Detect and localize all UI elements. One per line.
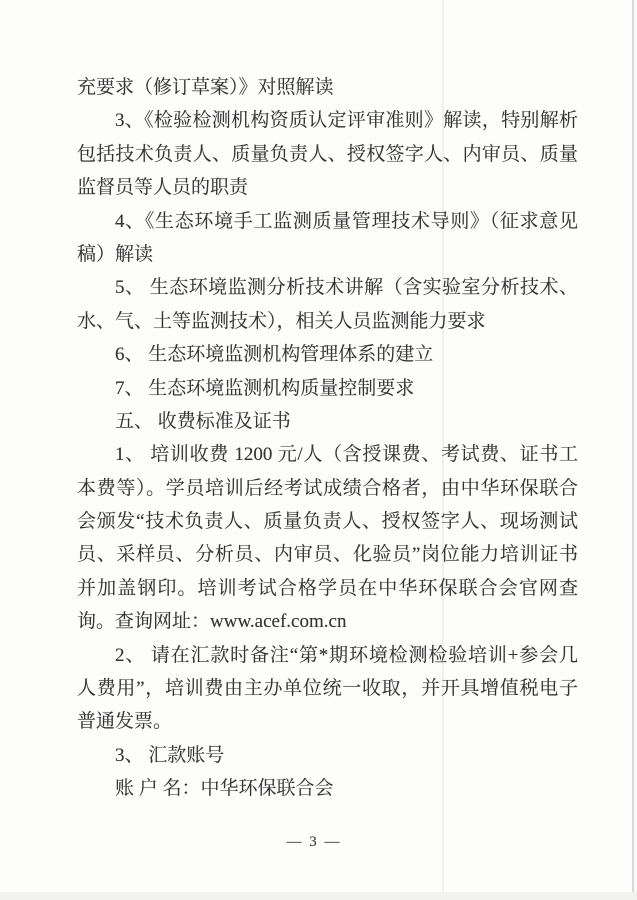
section-heading-fees: 五、 收费标准及证书	[77, 405, 578, 438]
scanned-document-page: 充要求（修订草案）》对照解读 3、《检验检测机构资质认定评审准则》解读，特别解析…	[0, 0, 637, 900]
doc-line: 包括技术负责人、质量负责人、授权签字人、内审员、质量	[77, 138, 578, 171]
doc-line-item-5: 5、 生态环境监测分析技术讲解（含实验室分析技术、	[77, 271, 578, 304]
doc-line-remit-note: 2、 请在汇款时备注“第*期环境检测检验培训+参会几	[77, 639, 578, 672]
doc-line: 普通发票。	[77, 705, 578, 738]
doc-line-fee-amount: 1、 培训收费 1200 元/人（含授课费、考试费、证书工	[77, 438, 578, 471]
doc-line-item-6: 6、 生态环境监测机构管理体系的建立	[77, 338, 578, 371]
scan-bottom-shadow	[0, 892, 637, 900]
page-number: — 3 —	[0, 834, 628, 851]
scan-edge-line	[632, 0, 634, 894]
doc-line: 人费用”，培训费由主办单位统一收取，并开具增值税电子	[77, 672, 578, 705]
doc-line: 水、气、土等监测技术），相关人员监测能力要求	[77, 305, 578, 338]
document-body: 充要求（修订草案）》对照解读 3、《检验检测机构资质认定评审准则》解读，特别解析…	[77, 71, 578, 806]
doc-line: 本费等）。学员培训后经考试成绩合格者，由中华环保联合	[77, 472, 578, 505]
doc-line: 稿）解读	[77, 238, 578, 271]
doc-line-query-url: 询。查询网址：www.acef.com.cn	[77, 605, 578, 638]
doc-line: 会颁发“技术负责人、质量负责人、授权签字人、现场测试	[77, 505, 578, 538]
doc-line-item-3: 3、《检验检测机构资质认定评审准则》解读，特别解析	[77, 104, 578, 137]
doc-line-continuation: 充要求（修订草案）》对照解读	[77, 71, 578, 104]
doc-line-account-name: 账 户 名：中华环保联合会	[77, 772, 578, 805]
doc-line-item-4: 4、《生态环境手工监测质量管理技术导则》（征求意见	[77, 205, 578, 238]
doc-line-remit-account: 3、 汇款账号	[77, 739, 578, 772]
doc-line: 监督员等人员的职责	[77, 171, 578, 204]
doc-line-item-7: 7、 生态环境监测机构质量控制要求	[77, 372, 578, 405]
doc-line: 并加盖钢印。培训考试合格学员在中华环保联合会官网查	[77, 572, 578, 605]
doc-line: 员、采样员、分析员、内审员、化验员”岗位能力培训证书	[77, 538, 578, 571]
